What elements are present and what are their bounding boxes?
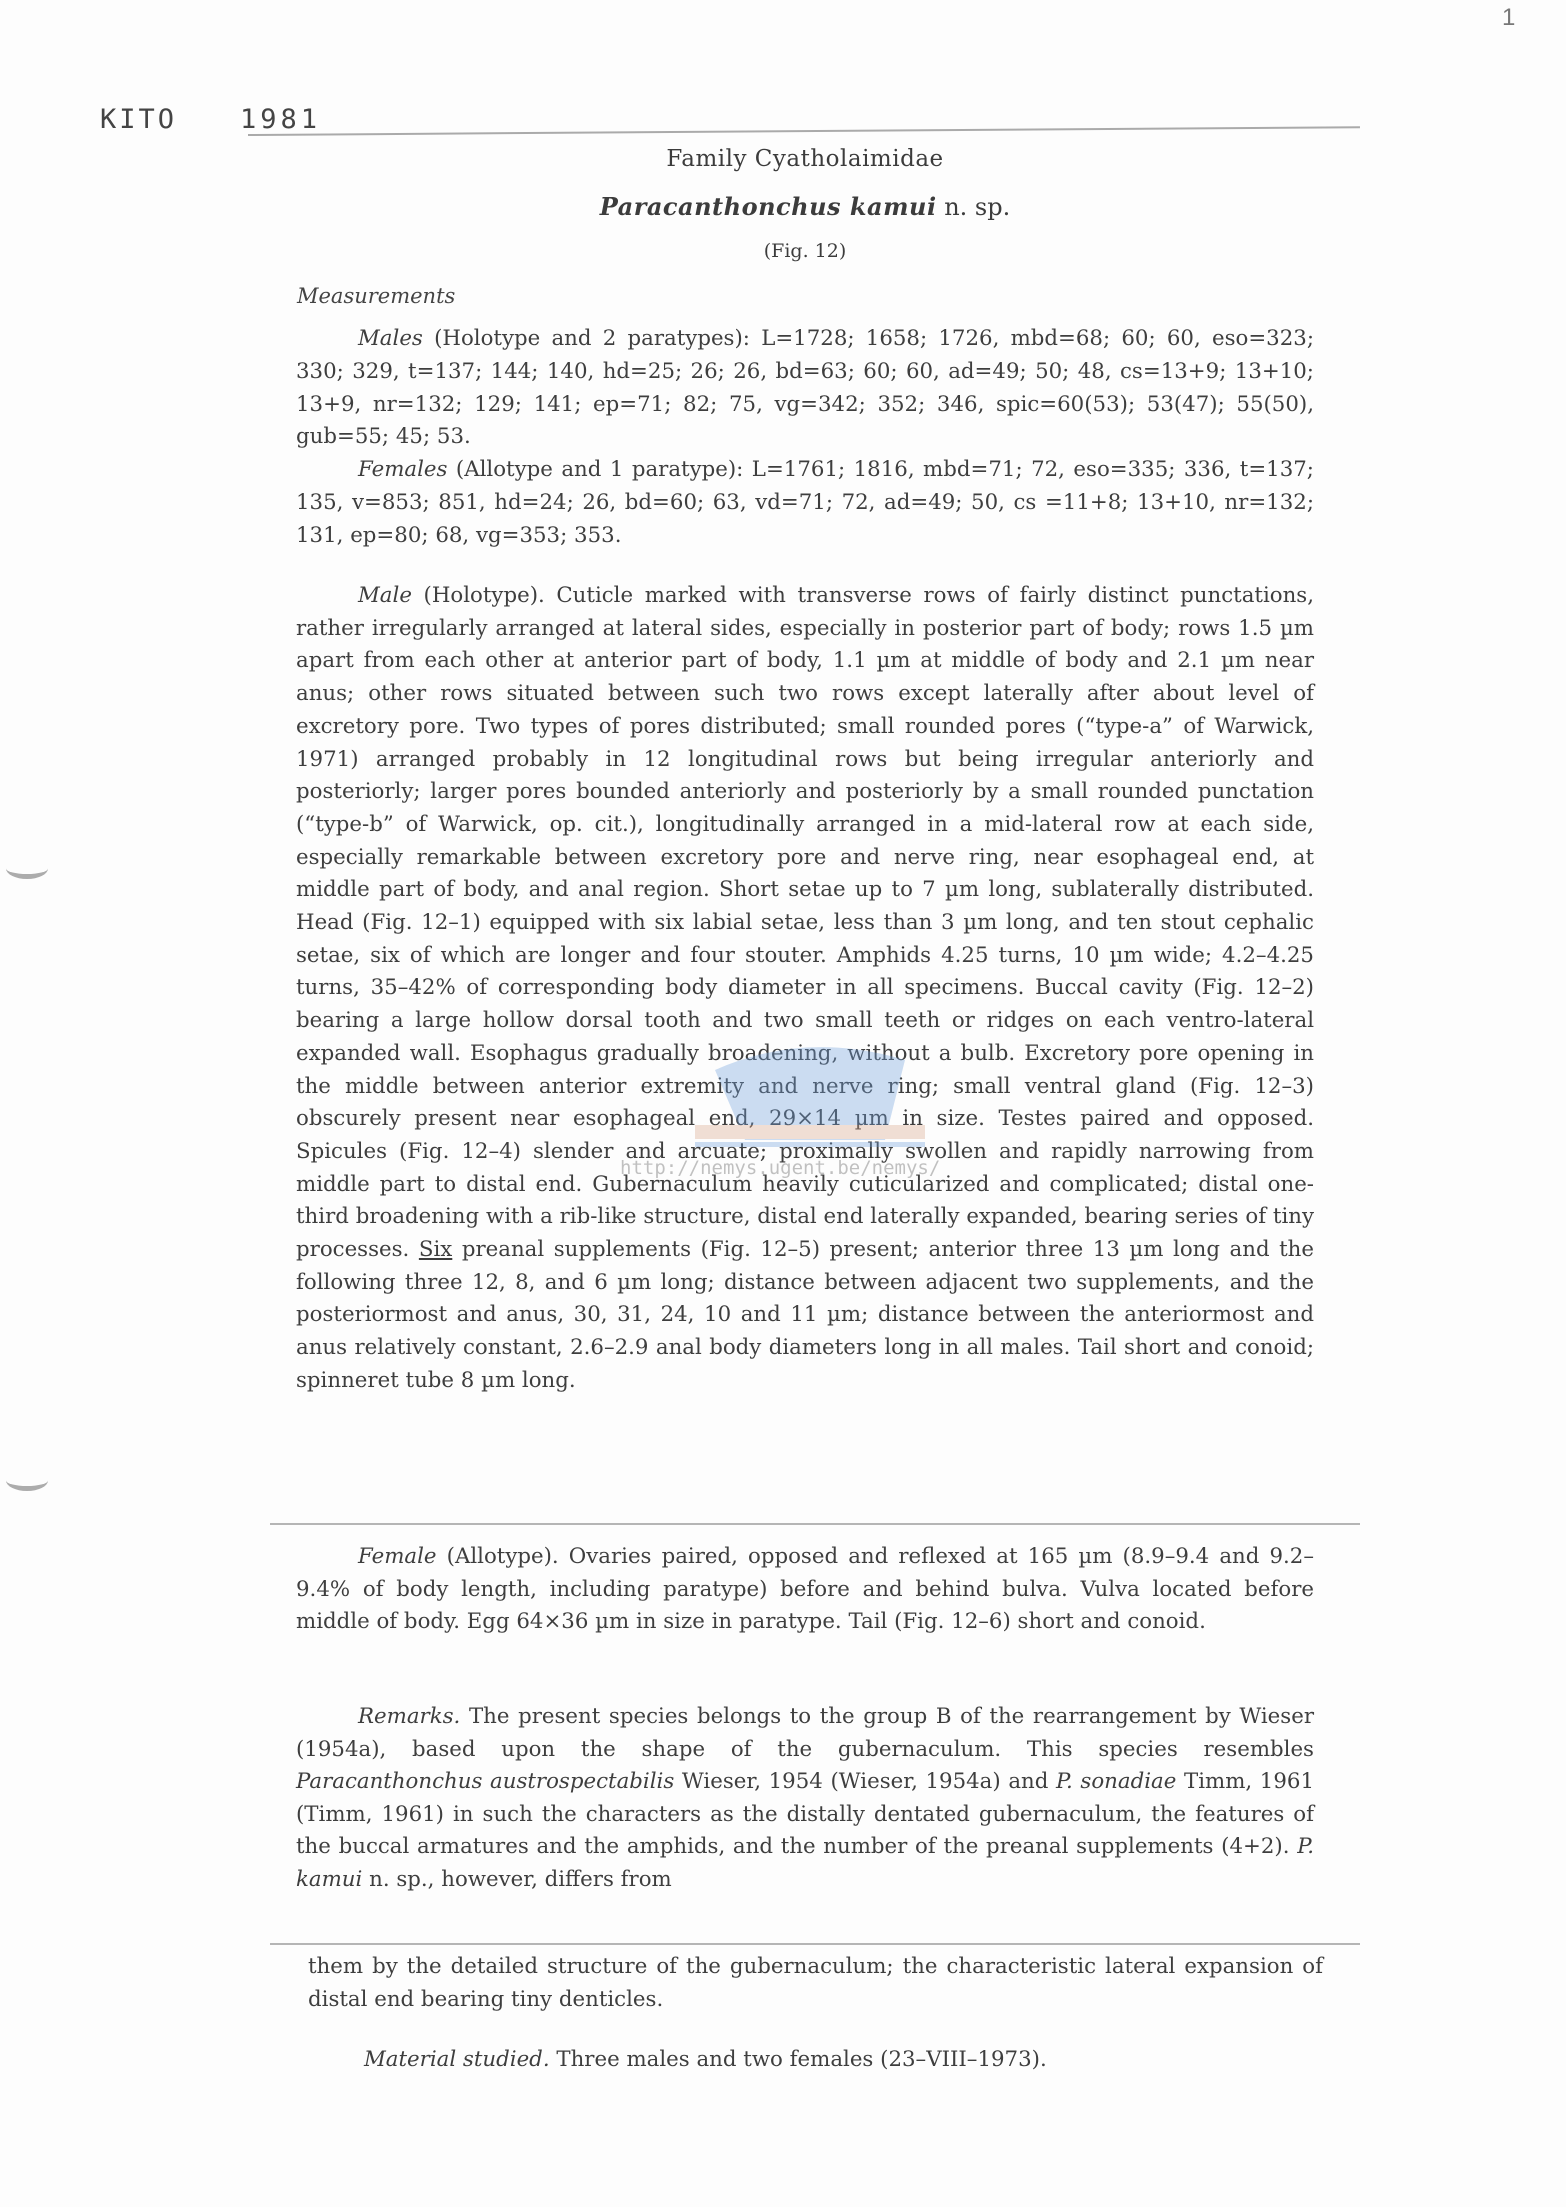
male-text-1: (Holotype). Cuticle marked with transver… <box>296 583 1314 1262</box>
header-rule <box>248 126 1360 136</box>
males-values: (Holotype and 2 paratypes): L=1728; 1658… <box>296 326 1314 449</box>
punch-hole-shadow <box>6 1470 48 1491</box>
females-values: (Allotype and 1 paratype): L=1761; 1816,… <box>296 457 1314 548</box>
material-text: Three males and two females (23–VIII–197… <box>550 2047 1047 2072</box>
measurements-section: Males (Holotype and 2 paratypes): L=1728… <box>296 323 1314 553</box>
handwritten-page-mark: 1 <box>1502 4 1515 32</box>
punch-hole-shadow <box>6 858 48 879</box>
species-ref-1: Paracanthonchus austrospectabilis <box>296 1769 674 1794</box>
material-paragraph: Material studied. Three males and two fe… <box>364 2044 1324 2077</box>
females-measurements: Females (Allotype and 1 paratype): L=176… <box>296 454 1314 552</box>
female-description: Female (Allotype). Ovaries paired, oppos… <box>296 1541 1314 1639</box>
remarks-continuation: them by the detailed structure of the gu… <box>308 1951 1323 2016</box>
material-label: Material studied. <box>364 2047 550 2072</box>
remarks-text-4: n. sp., however, differs from <box>362 1867 671 1892</box>
measurements-heading: Measurements <box>297 284 455 308</box>
species-name: Paracanthonchus kamui <box>600 192 937 221</box>
female-paragraph: Female (Allotype). Ovaries paired, oppos… <box>296 1541 1314 1639</box>
male-description: Male (Holotype). Cuticle marked with tra… <box>296 580 1314 1398</box>
female-label: Female <box>358 1544 437 1569</box>
page-break-rule <box>270 1943 1360 1945</box>
remarks-label: Remarks. <box>358 1704 460 1729</box>
underlined-word: Six <box>419 1237 452 1262</box>
species-suffix: n. sp. <box>937 193 1011 221</box>
material-studied: Material studied. Three males and two fe… <box>364 2044 1324 2077</box>
species-heading: Paracanthonchus kamui n. sp. <box>300 192 1310 221</box>
remarks-continuation-text: them by the detailed structure of the gu… <box>308 1951 1323 2016</box>
figure-reference: (Fig. 12) <box>300 240 1310 262</box>
remarks-section: Remarks. The present species belongs to … <box>296 1701 1314 1897</box>
running-header-author: KITO <box>100 104 177 135</box>
males-measurements: Males (Holotype and 2 paratypes): L=1728… <box>296 323 1314 454</box>
running-header-year: 1981 <box>240 104 321 135</box>
family-heading: Family Cyatholaimidae <box>300 146 1310 172</box>
male-paragraph: Male (Holotype). Cuticle marked with tra… <box>296 580 1314 1398</box>
page-break-rule <box>270 1523 1360 1525</box>
females-label: Females <box>358 457 447 482</box>
males-label: Males <box>358 326 423 351</box>
species-ref-2: P. sonadiae <box>1056 1769 1176 1794</box>
remarks-paragraph: Remarks. The present species belongs to … <box>296 1701 1314 1897</box>
male-label: Male <box>358 583 412 608</box>
remarks-text-2: Wieser, 1954 (Wieser, 1954a) and <box>674 1769 1056 1794</box>
female-text: (Allotype). Ovaries paired, opposed and … <box>296 1544 1314 1634</box>
